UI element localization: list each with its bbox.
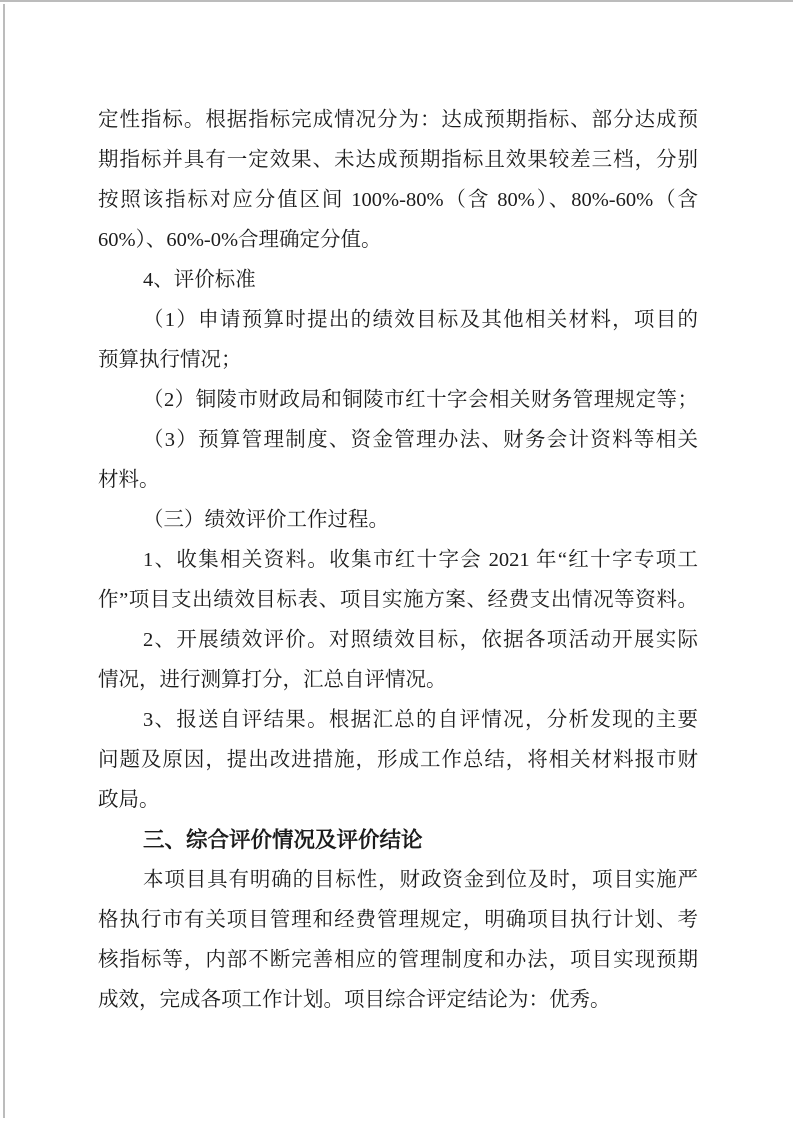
- body-text-line: 3、报送自评结果。根据汇总的自评情况，分析发现的主要: [98, 700, 698, 740]
- body-text-line: 情况，进行测算打分，汇总自评情况。: [98, 660, 698, 700]
- body-text-line: 成效，完成各项工作计划。项目综合评定结论为：优秀。: [98, 980, 698, 1020]
- body-text-line: 期指标并具有一定效果、未达成预期指标且效果较差三档，分别: [98, 140, 698, 180]
- body-text-line: 60%）、60%-0%合理确定分值。: [98, 220, 698, 260]
- body-text-line: 4、评价标准: [98, 260, 698, 300]
- scan-edge-left-line: [3, 4, 5, 1118]
- body-text-line: 1、收集相关资料。收集市红十字会 2021 年“红十字专项工: [98, 540, 698, 580]
- body-text-line: 本项目具有明确的目标性，财政资金到位及时，项目实施严: [98, 860, 698, 900]
- document-page: { "page": { "width": 793, "height": 1122…: [0, 0, 793, 1122]
- section-heading: 三、综合评价情况及评价结论: [98, 820, 698, 860]
- body-text-line: 预算执行情况；: [98, 340, 698, 380]
- body-text-line: （2）铜陵市财政局和铜陵市红十字会相关财务管理规定等；: [98, 380, 698, 420]
- body-text-line: 格执行市有关项目管理和经费管理规定，明确项目执行计划、考: [98, 900, 698, 940]
- body-text-line: （1）申请预算时提出的绩效目标及其他相关材料，项目的: [98, 300, 698, 340]
- body-text-line: 作”项目支出绩效目标表、项目实施方案、经费支出情况等资料。: [98, 580, 698, 620]
- body-text-line: 按照该指标对应分值区间 100%-80%（含 80%）、80%-60%（含: [98, 180, 698, 220]
- body-text-line: （三）绩效评价工作过程。: [98, 500, 698, 540]
- body-text-line: 问题及原因，提出改进措施，形成工作总结，将相关材料报市财: [98, 740, 698, 780]
- body-text-line: 2、开展绩效评价。对照绩效目标，依据各项活动开展实际: [98, 620, 698, 660]
- scan-edge-top-line: [0, 0, 793, 2]
- body-text-line: 定性指标。根据指标完成情况分为：达成预期指标、部分达成预: [98, 100, 698, 140]
- document-text-body: 定性指标。根据指标完成情况分为：达成预期指标、部分达成预期指标并具有一定效果、未…: [98, 100, 698, 1020]
- body-text-line: 政局。: [98, 780, 698, 820]
- body-text-line: 核指标等，内部不断完善相应的管理制度和办法，项目实现预期: [98, 940, 698, 980]
- body-text-line: （3）预算管理制度、资金管理办法、财务会计资料等相关: [98, 420, 698, 460]
- body-text-line: 材料。: [98, 460, 698, 500]
